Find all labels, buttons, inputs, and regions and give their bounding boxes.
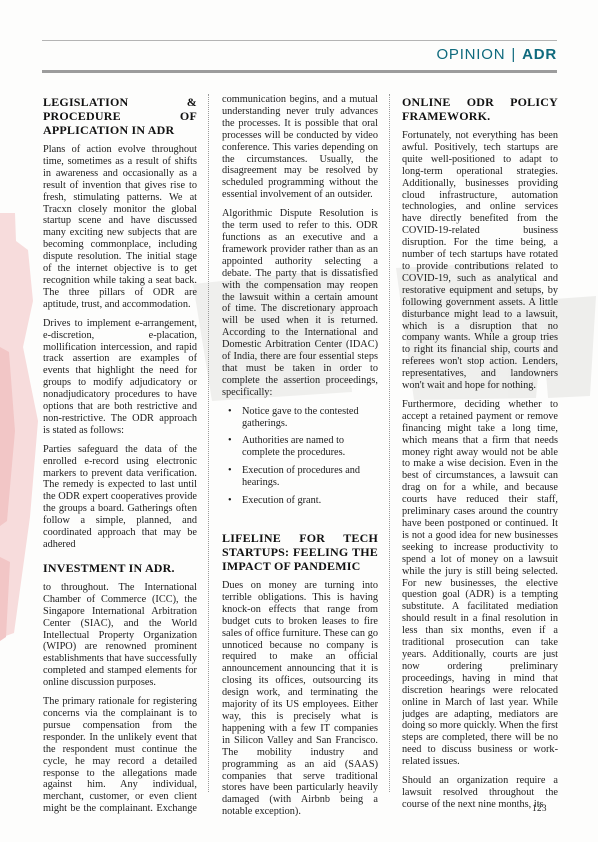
column-3: ONLINE ODR POLICY FRAMEWORK. Fortunately… xyxy=(402,94,558,816)
heading-lifeline-tech-startups: LIFELINE FOR TECH STARTUPS: FEELING THE … xyxy=(222,531,378,573)
paragraph: Parties safeguard the data of the enroll… xyxy=(43,444,197,551)
heading-investment-in-adr: INVESTMENT IN ADR. xyxy=(43,561,197,575)
bullet-list: Notice gave to the contested gatherings.… xyxy=(222,406,378,507)
bullet-text: Execution of procedures and hearings. xyxy=(242,465,360,488)
paragraph: Fortunately, not everything has been awf… xyxy=(402,130,558,392)
heading-legislation-procedure: LEGISLATION & PROCEDURE OF APPLICATION I… xyxy=(43,95,197,137)
column-2: communication begins, and a mutual under… xyxy=(222,94,378,816)
section-header: OPINION|ADR xyxy=(436,46,557,63)
bullet-text: Execution of grant. xyxy=(242,495,321,506)
header-rule-bottom xyxy=(42,70,557,73)
paragraph: Dues on money are turning into terrible … xyxy=(222,580,378,816)
column-divider xyxy=(389,94,390,792)
paragraph: Plans of action evolve throughout time, … xyxy=(43,144,197,311)
paragraph: to throughout. The International Chamber… xyxy=(43,582,197,689)
topic-label: ADR xyxy=(522,46,557,63)
red-watermark-graphic xyxy=(0,205,46,645)
header-separator: | xyxy=(511,46,516,63)
paragraph: Furthermore, deciding whether to accept … xyxy=(402,399,558,768)
magazine-page: OPINION|ADR LEGISLATION & PROCEDURE OF A… xyxy=(0,0,598,842)
paragraph: Algorithmic Dispute Resolution is the te… xyxy=(222,208,378,399)
bullet-text: Notice gave to the contested gatherings. xyxy=(242,406,359,429)
paragraph: The primary rationale for registering co… xyxy=(43,696,197,816)
paragraph: Drives to implement e-arrangement, e-dis… xyxy=(43,318,197,437)
column-1: LEGISLATION & PROCEDURE OF APPLICATION I… xyxy=(43,94,197,816)
header-rule-top xyxy=(42,40,557,41)
section-label: OPINION xyxy=(436,46,505,63)
heading-online-odr-policy: ONLINE ODR POLICY FRAMEWORK. xyxy=(402,95,558,123)
bullet-item: Notice gave to the contested gatherings. xyxy=(222,406,378,430)
bullet-text: Authorities are named to complete the pr… xyxy=(242,435,345,458)
paragraph: communication begins, and a mutual under… xyxy=(222,94,378,201)
column-divider xyxy=(208,94,209,792)
bullet-item: Execution of grant. xyxy=(222,495,378,507)
page-number: 123 xyxy=(532,803,547,813)
bullet-item: Authorities are named to complete the pr… xyxy=(222,435,378,459)
bullet-item: Execution of procedures and hearings. xyxy=(222,465,378,489)
